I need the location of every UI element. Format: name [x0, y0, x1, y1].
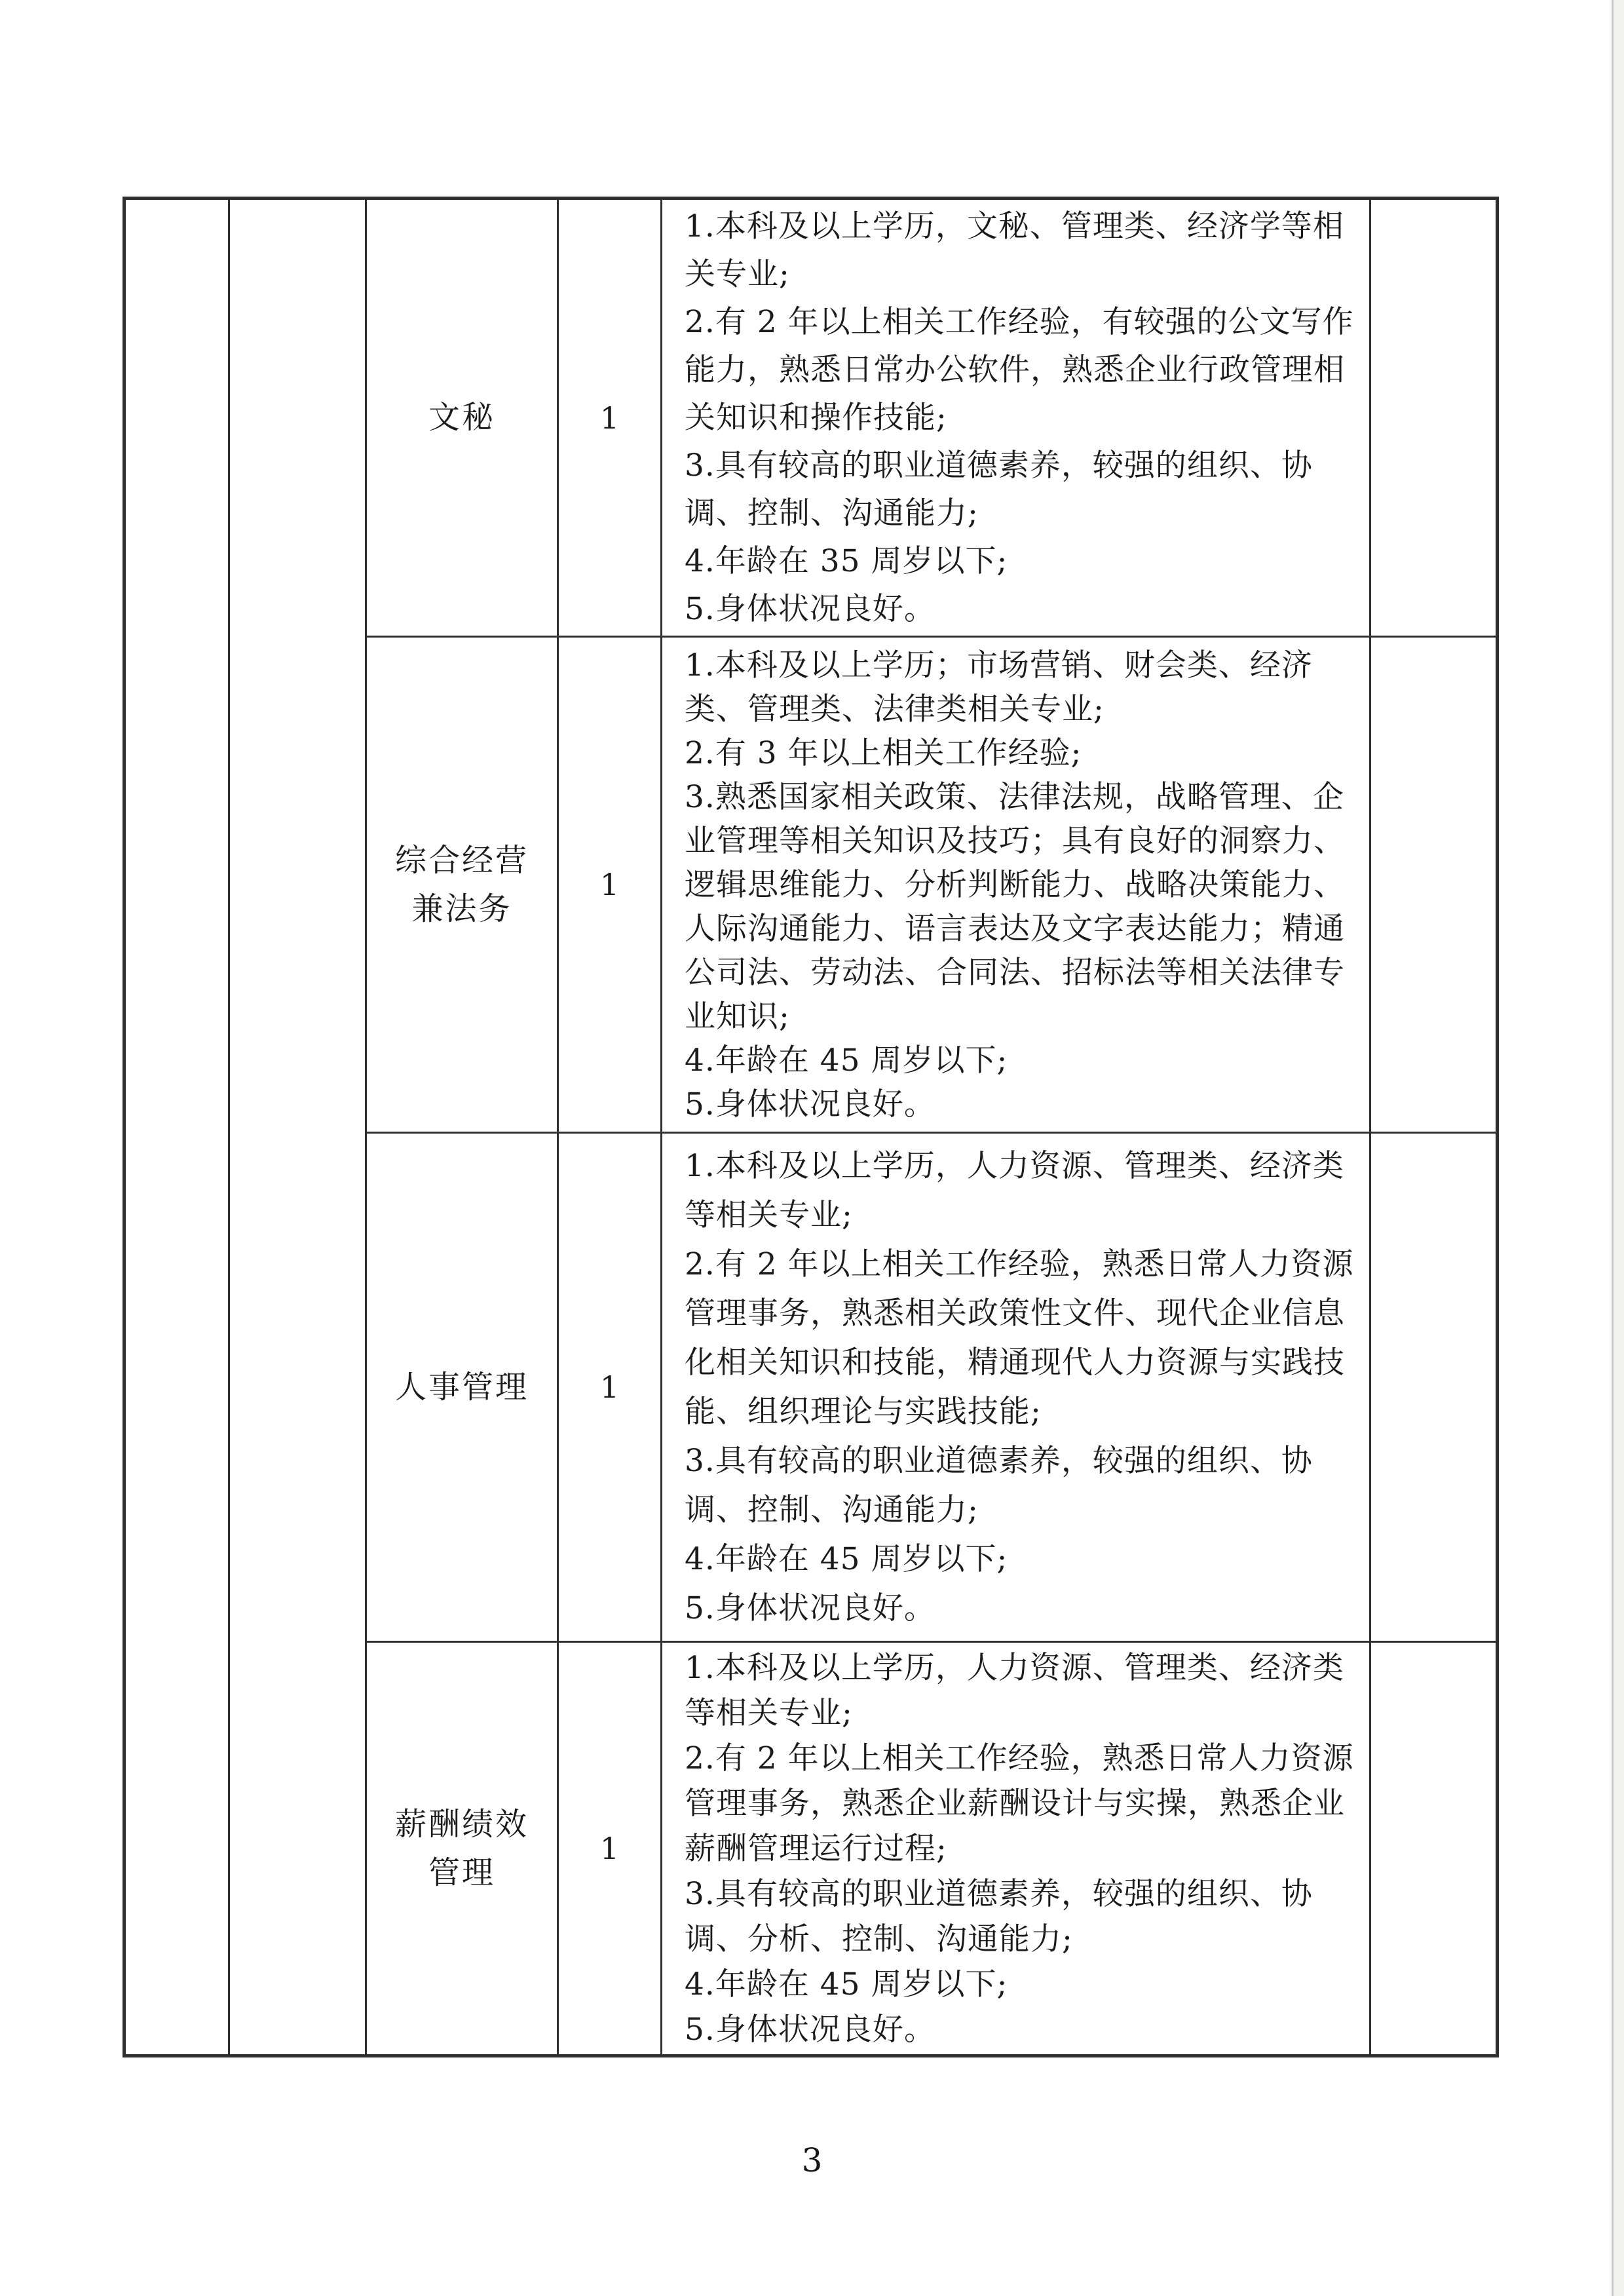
position-cell: 综合经营 兼法务: [367, 638, 559, 1134]
empty-cell: [1371, 200, 1496, 638]
requirements-cell: 1.本科及以上学历，文秘、管理类、经济学等相 关专业; 2.有 2 年以上相关工…: [662, 200, 1371, 638]
position-cell: 人事管理: [367, 1134, 559, 1643]
headcount-cell: 1: [559, 1643, 662, 2054]
requirements-cell: 1.本科及以上学历，人力资源、管理类、经济类 等相关专业; 2.有 2 年以上相…: [662, 1643, 1371, 2054]
position-cell: 文秘: [367, 200, 559, 638]
headcount-cell: 1: [559, 638, 662, 1134]
scanned-page: 文秘 1 1.本科及以上学历，文秘、管理类、经济学等相 关专业; 2.有 2 年…: [0, 0, 1624, 2296]
empty-merged-cell-col1: [126, 200, 230, 2054]
headcount-cell: 1: [559, 1134, 662, 1643]
recruitment-table: 文秘 1 1.本科及以上学历，文秘、管理类、经济学等相 关专业; 2.有 2 年…: [123, 197, 1499, 2057]
page-number: 3: [0, 2141, 1624, 2179]
headcount-cell: 1: [559, 200, 662, 638]
scan-edge-shadow: [1612, 0, 1624, 2296]
empty-merged-cell-col2: [230, 200, 367, 2054]
empty-cell: [1371, 638, 1496, 1134]
requirements-cell: 1.本科及以上学历，人力资源、管理类、经济类 等相关专业; 2.有 2 年以上相…: [662, 1134, 1371, 1643]
position-cell: 薪酬绩效 管理: [367, 1643, 559, 2054]
requirements-cell: 1.本科及以上学历；市场营销、财会类、经济 类、管理类、法律类相关专业; 2.有…: [662, 638, 1371, 1134]
empty-cell: [1371, 1643, 1496, 2054]
empty-cell: [1371, 1134, 1496, 1643]
